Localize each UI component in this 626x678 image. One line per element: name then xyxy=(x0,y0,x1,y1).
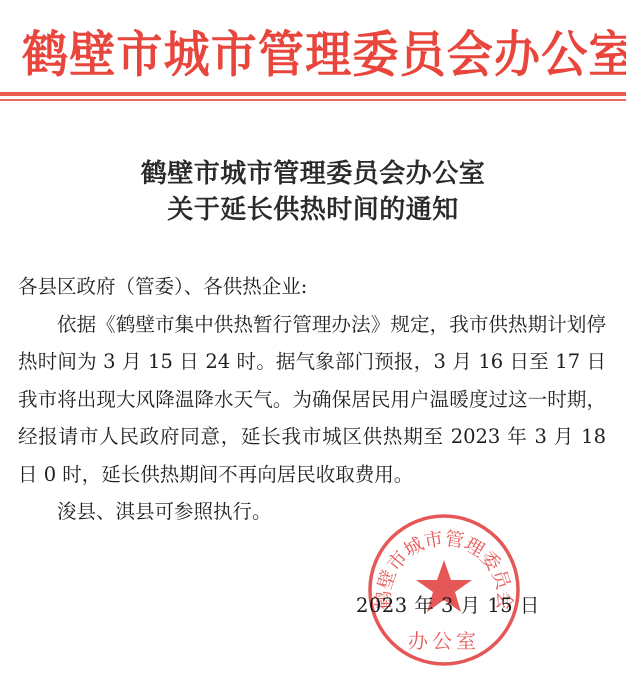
document-date: 2023 年 3 月 15 日 xyxy=(356,593,540,619)
document-title: 鹤壁市城市管理委员会办公室 关于延长供热时间的通知 xyxy=(0,156,626,228)
body-paragraph-1: 依据《鹤壁市集中供热暂行管理办法》规定，我市供热期计划停热时间为 3 月 15 … xyxy=(18,306,606,494)
title-line-1: 鹤壁市城市管理委员会办公室 xyxy=(0,156,626,192)
seal-bottom-text: 办公室 xyxy=(408,629,480,653)
masthead: 鹤壁市城市管理委员会办公室 xyxy=(0,22,626,82)
title-line-2: 关于延长供热时间的通知 xyxy=(0,192,626,228)
document-body: 各县区政府（管委）、各供热企业: 依据《鹤壁市集中供热暂行管理办法》规定，我市供… xyxy=(18,268,606,531)
masthead-title: 鹤壁市城市管理委员会办公室 xyxy=(22,22,626,87)
official-seal: 鹤壁市城市管理委员会 办公室 xyxy=(366,512,522,668)
masthead-rule-thick xyxy=(0,92,626,96)
salutation: 各县区政府（管委）、各供热企业: xyxy=(18,268,606,306)
masthead-rule-thin xyxy=(0,99,626,101)
